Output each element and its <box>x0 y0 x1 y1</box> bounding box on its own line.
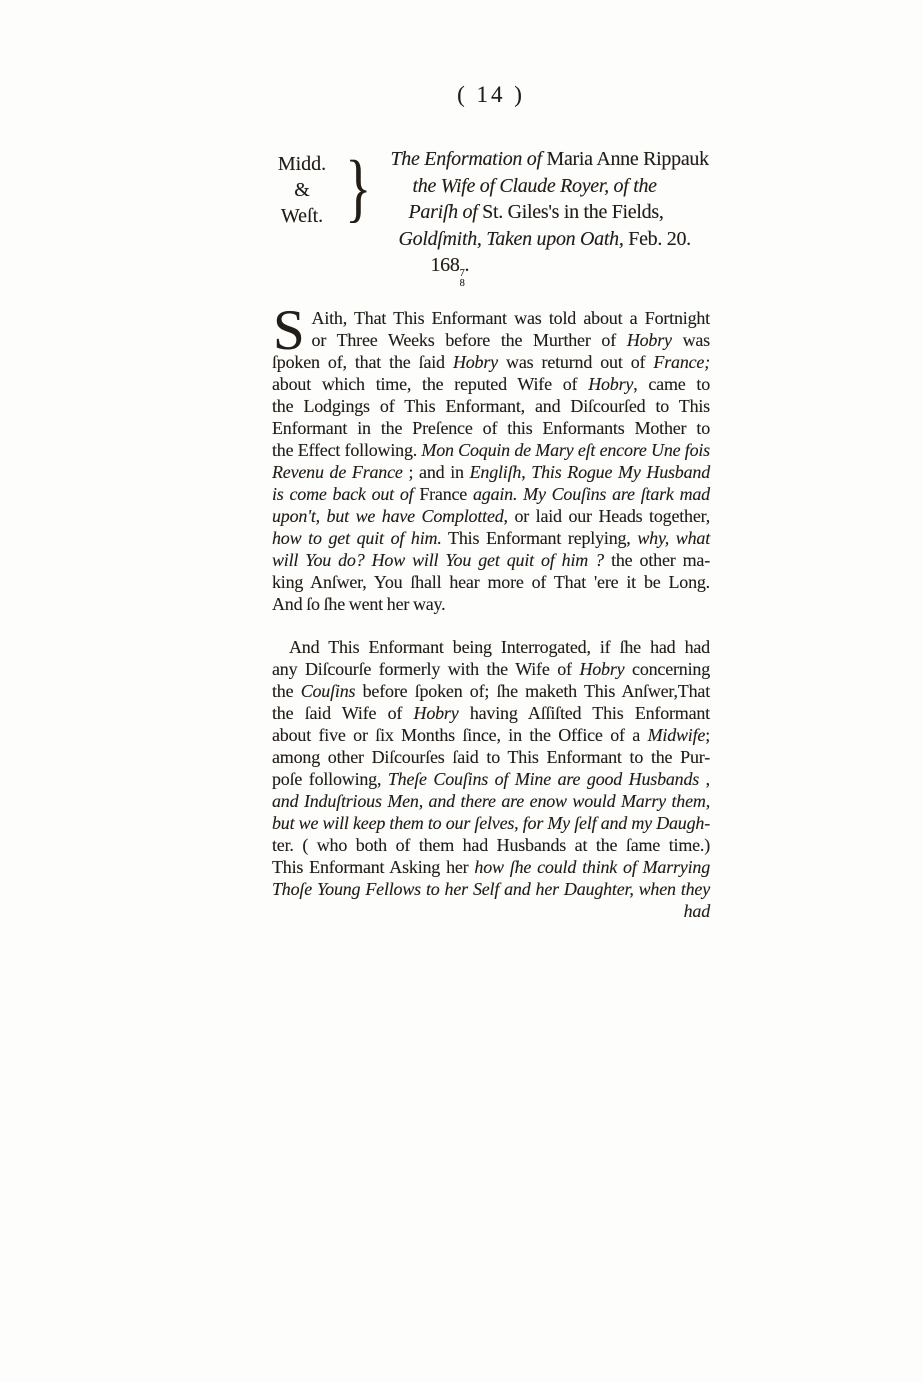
text-line: but we will keep them to our ſelves, for… <box>272 812 710 834</box>
margin-note: Midd. & Weſt. <box>264 146 340 229</box>
title-line: Pariſh of St. Giles's in the Fields, <box>390 199 742 226</box>
margin-note-line: & <box>264 177 340 203</box>
text-line: the Couſins before ſpoken of; ſhe maketh… <box>272 680 710 702</box>
title-line: The Enformation of Maria Anne Rippauk <box>390 146 742 173</box>
text-line: And This Enformant being Interrogated, i… <box>272 636 710 658</box>
text-line: Thoſe Young Fellows to her Self and her … <box>272 878 710 900</box>
text-line: This Enformant Asking her how ſhe could … <box>272 856 710 878</box>
text-line: about five or ſix Months ſince, in the O… <box>272 724 710 746</box>
text-line: among other Diſcourſes ſaid to This Enfo… <box>272 746 710 768</box>
brace-glyph: } <box>345 146 371 230</box>
text-line: upon't, but we have Complotted, or laid … <box>272 505 710 527</box>
document-title: The Enformation of Maria Anne Rippauk th… <box>390 146 742 288</box>
paragraph: SAith, That This Enformant was told abou… <box>272 307 710 615</box>
text-line: poſe following, Theſe Couſins of Mine ar… <box>272 768 710 790</box>
text-line: or Three Weeks before the Murther of Hob… <box>272 329 710 351</box>
catchword: had <box>272 900 710 922</box>
text-line: the ſaid Wife of Hobry having Aſſiſted T… <box>272 702 710 724</box>
text-line: king Anſwer, You ſhall hear more of That… <box>272 571 710 593</box>
text-line: how to get quit of him. This Enformant r… <box>272 527 710 549</box>
title-line: Goldſmith, Taken upon Oath, Feb. 20. <box>390 226 742 253</box>
text-line: Enformant in the Preſence of this Enform… <box>272 417 710 439</box>
document-body: SAith, That This Enformant was told abou… <box>272 307 710 922</box>
text-line: and Induſtrious Men, and there are enow … <box>272 790 710 812</box>
document-header: Midd. & Weſt. } The Enformation of Maria… <box>264 146 742 288</box>
text-line: the Lodgings of This Enformant, and Diſc… <box>272 395 710 417</box>
title-line: the Wife of Claude Royer, of the <box>390 173 742 200</box>
text-line: any Diſcourſe formerly with the Wife of … <box>272 658 710 680</box>
text-line: ter. ( who both of them had Husbands at … <box>272 834 710 856</box>
text-line: about which time, the reputed Wife of Ho… <box>272 373 710 395</box>
margin-note-line: Weſt. <box>264 203 340 229</box>
drop-cap: S <box>272 307 312 351</box>
document-page: ( 14 ) Midd. & Weſt. } The Enformation o… <box>0 0 923 1382</box>
text-line: ſpoken of, that the ſaid Hobry was retur… <box>272 351 710 373</box>
text-line: will You do? How will You get quit of hi… <box>272 549 710 571</box>
title-line-date: 16878. <box>390 252 742 288</box>
text-line: Aith, That This Enformant was told about… <box>272 307 710 329</box>
page-number: ( 14 ) <box>272 82 710 108</box>
text-line: the Effect following. Mon Coquin de Mary… <box>272 439 710 461</box>
text-line: Revenu de France ; and in Engliſh, This … <box>272 461 710 483</box>
margin-note-line: Midd. <box>264 151 340 177</box>
text-line: is come back out of France again. My Cou… <box>272 483 710 505</box>
paragraph: And This Enformant being Interrogated, i… <box>272 636 710 900</box>
text-line: And ſo ſhe went her way. <box>272 593 710 615</box>
